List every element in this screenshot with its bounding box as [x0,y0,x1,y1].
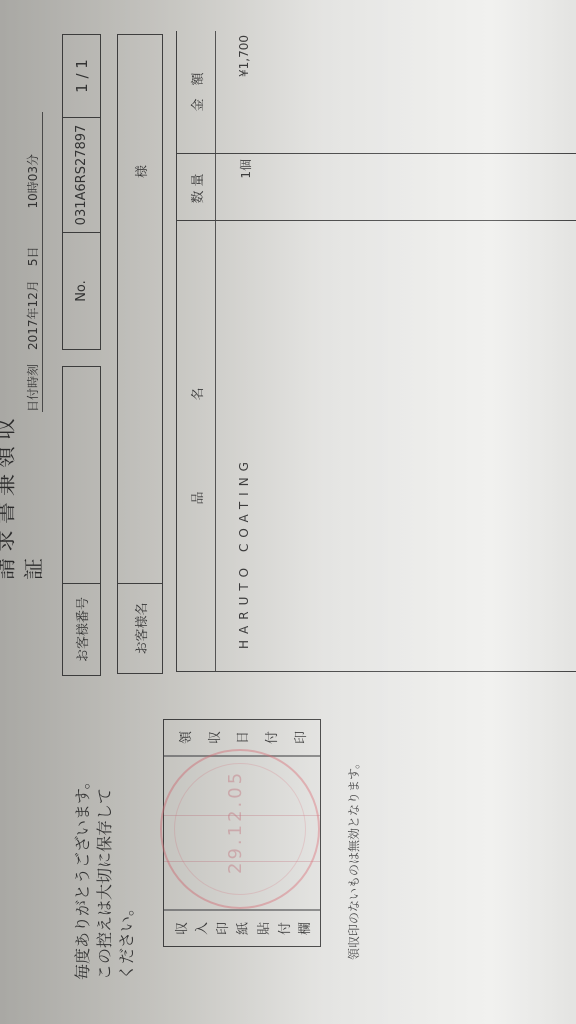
date-time-line: 日付時刻 2017年12月 5日 10時03分 [22,112,43,412]
date-time: 10時03分 [24,154,41,209]
customer-name-box: お客様名 様 [117,34,163,674]
receipt-number-box: No. 031A6RS27897 1 / 1 [62,34,101,350]
item-name: HARUTO COATING [237,456,251,649]
customer-number-box: お客様番号 [62,366,101,676]
customer-name-value: 様 [118,35,162,584]
page-indicator: 1 / 1 [63,35,100,118]
receipt-document: 請求書兼領収証 日付時刻 2017年12月 5日 10時03分 No. 031A… [0,0,576,1024]
stamp-label-char: 印 [290,731,309,744]
stamp-label-char: 貼 [253,922,272,935]
stamp-label-char: 入 [191,922,210,935]
stamp-label-char: 収 [171,922,190,935]
date-year-month: 2017年12月 [24,280,41,350]
stamp-label-char: 印 [212,922,231,935]
thanks-line: この控えは大切に保存して [94,700,116,980]
item-quantity: 1個 [237,159,254,179]
date-day: 5日 [24,247,41,267]
receipt-number-value: 031A6RS27897 [63,118,100,233]
amount-column: 金 額 ¥1,700 [177,31,576,154]
item-amount: ¥1,700 [237,35,251,77]
stamp-label-char: 領 [175,731,194,744]
footnote: 領収印のないものは無効となります。 [345,757,362,960]
item-name-column: 品 名 HARUTO COATING [177,221,576,671]
customer-name-label: お客様名 [118,584,162,673]
thanks-line: ください。 [116,700,138,980]
stamp-label-char: 付 [274,922,293,935]
amount-header: 金 額 [187,31,206,153]
receipt-number-label: No. [63,233,100,349]
quantity-column: 数量 1個 [177,153,576,221]
items-table: 品 名 HARUTO COATING 数量 1個 金 額 ¥1,700 [176,31,576,672]
customer-number-label: お客様番号 [63,584,100,675]
quantity-header: 数量 [187,153,206,220]
thanks-message: 毎度ありがとうございます。 この控えは大切に保存して ください。 [72,700,138,980]
revenue-stamp-label: 収入印紙貼付欄 [164,909,320,946]
stamp-label-char: 欄 [294,922,313,935]
thanks-line: 毎度ありがとうございます。 [72,700,94,980]
item-name-header: 品 名 [187,221,206,671]
stamp-label-char: 収 [204,731,223,744]
stamp-label-char: 日 [232,731,251,744]
stamp-label-char: 付 [261,731,280,744]
honorific: 様 [131,165,150,178]
stamp-label-char: 紙 [232,922,251,935]
document-title: 請求書兼領収証 [0,410,47,580]
stamp-date: 29.12.05 [225,770,246,874]
date-label: 日付時刻 [24,364,41,412]
customer-number-value [63,367,100,584]
